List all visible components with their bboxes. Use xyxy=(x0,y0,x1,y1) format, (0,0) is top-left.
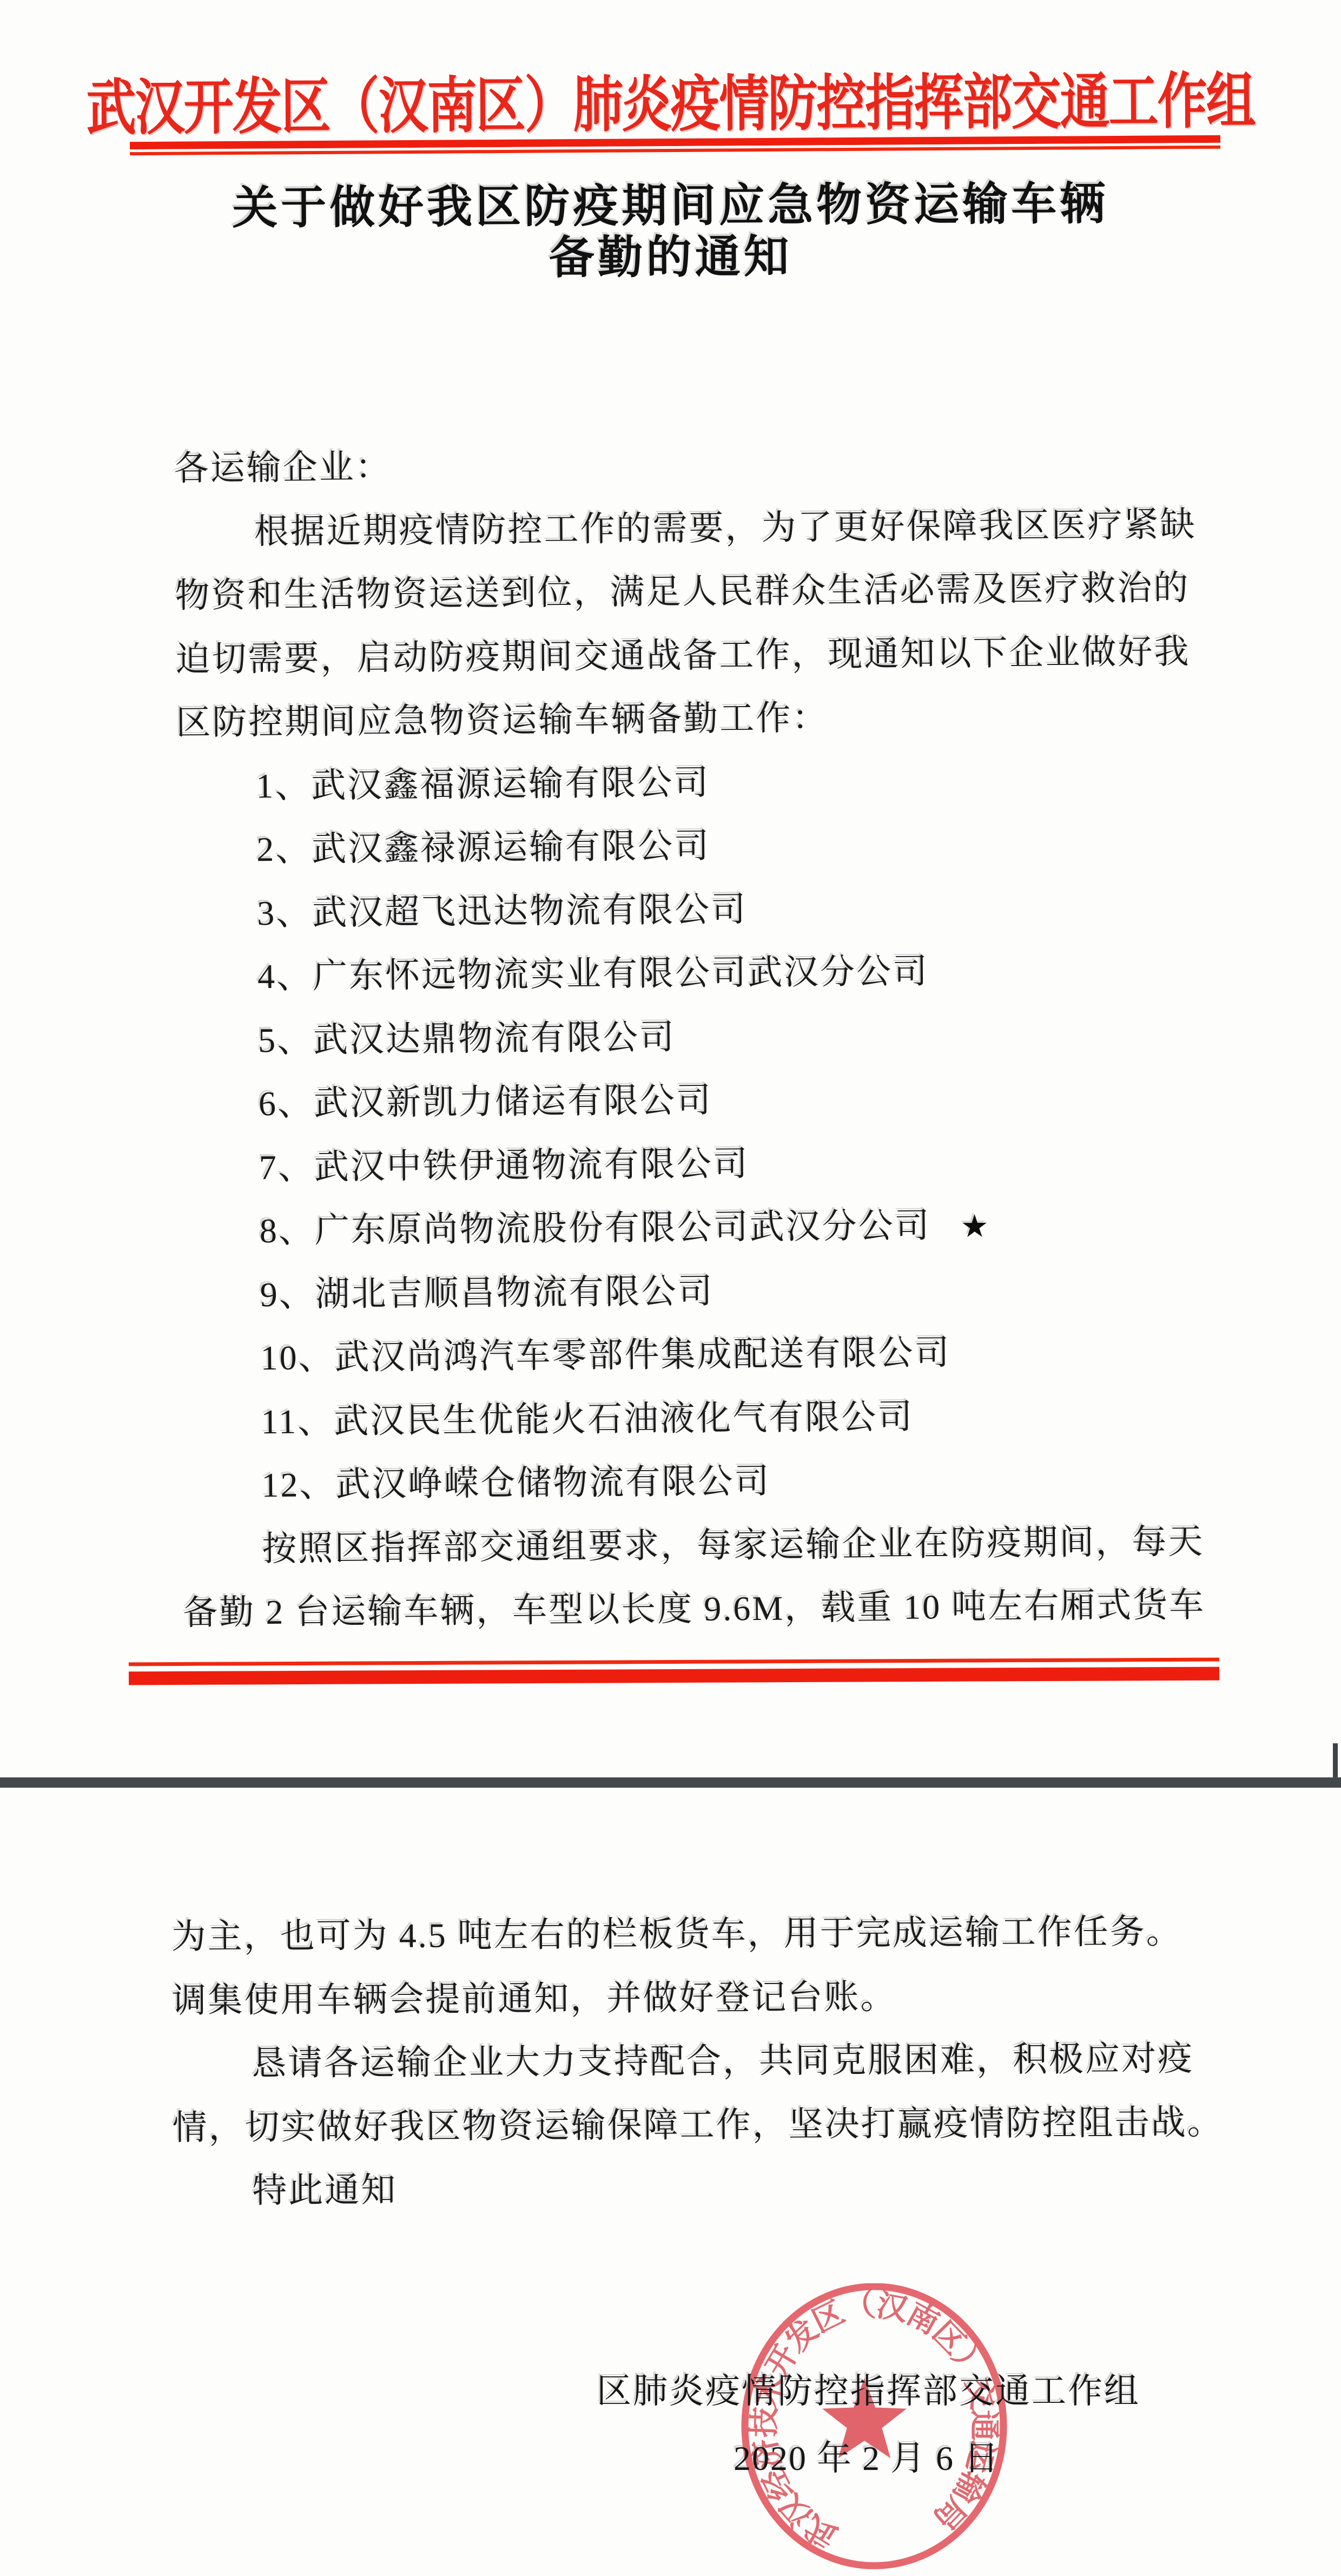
paragraph-line: 为主，也可为 4.5 吨左右的栏板货车，用于完成运输工作任务。 xyxy=(171,1900,1223,1969)
company-item-starred: 8、广东原尚物流股份有限公司武汉分公司★ xyxy=(180,1192,1203,1263)
paragraph-line: 根据近期疫情防控工作的需要，为了更好保障我区医疗紧缺 xyxy=(174,492,1197,564)
paragraph-line: 物资和生活物资运送到位，满足人民群众生活必需及医疗救治的 xyxy=(175,556,1198,628)
company-number: 6、 xyxy=(259,1084,314,1123)
company-name: 武汉超飞迅达物流有限公司 xyxy=(312,890,748,932)
company-item: 11、武汉民生优能火石油液化气有限公司 xyxy=(181,1382,1204,1454)
notice-title-line2: 备勤的通知 xyxy=(0,229,1341,287)
notice-body-page2: 为主，也可为 4.5 吨左右的栏板货车，用于完成运输工作任务。 调集使用车辆会提… xyxy=(171,1900,1224,2223)
notice-body-page1: 各运输企业： 根据近期疫情防控工作的需要，为了更好保障我区医疗紧缺 物资和生活物… xyxy=(174,429,1205,1645)
company-number: 4、 xyxy=(257,957,313,996)
company-name: 武汉鑫福源运输有限公司 xyxy=(311,763,710,805)
scan-edge-artifact xyxy=(1333,1743,1338,1779)
company-number: 11、 xyxy=(261,1402,334,1441)
star-icon: ★ xyxy=(960,1208,989,1244)
company-item: 10、武汉尚鸿汽车零部件集成配送有限公司 xyxy=(181,1319,1204,1391)
company-name: 湖北吉顺昌物流有限公司 xyxy=(315,1271,714,1313)
official-red-seal: 武汉经济技术开发区（汉南区）交通运输局 xyxy=(740,2283,1010,2576)
company-item: 5、武汉达鼎物流有限公司 xyxy=(179,1001,1201,1072)
paragraph-line: 调集使用车辆会提前通知，并做好登记台账。 xyxy=(171,1963,1223,2032)
company-number: 8、 xyxy=(260,1211,315,1250)
company-number: 10、 xyxy=(260,1338,335,1377)
company-item: 1、武汉鑫福源运输有限公司 xyxy=(176,747,1199,818)
salutation: 各运输企业： xyxy=(174,429,1197,500)
company-name: 武汉峥嵘仓储物流有限公司 xyxy=(335,1462,771,1504)
paragraph-line: 备勤 2 台运输车辆，车型以长度 9.6M，载重 10 吨左右厢式货车 xyxy=(183,1573,1206,1645)
page-scan-divider xyxy=(0,1777,1341,1788)
paragraph-line: 恳请各运输企业大力支持配合，共同克服困难，积极应对疫 xyxy=(172,2027,1224,2096)
closing-phrase: 特此通知 xyxy=(173,2154,1224,2223)
company-number: 2、 xyxy=(256,829,312,868)
company-name: 武汉尚鸿汽车零部件集成配送有限公司 xyxy=(334,1333,951,1376)
signature-org: 区肺炎疫情防控指挥部交通工作组 xyxy=(597,2363,1140,2413)
paragraph-line: 迫切需要，启动防疫期间交通战备工作，现通知以下企业做好我 xyxy=(175,620,1198,691)
company-item: 3、武汉超飞迅达物流有限公司 xyxy=(177,874,1200,945)
company-name: 广东原尚物流股份有限公司武汉分公司 xyxy=(315,1207,932,1250)
letterhead-org-title: 武汉开发区（汉南区）肺炎疫情防控指挥部交通工作组 xyxy=(0,52,1341,147)
company-name: 武汉鑫禄源运输有限公司 xyxy=(312,827,711,868)
company-name: 武汉新凯力储运有限公司 xyxy=(314,1081,713,1123)
notice-title: 关于做好我区防疫期间应急物资运输车辆 备勤的通知 xyxy=(0,177,1341,287)
company-name: 武汉中铁伊通物流有限公司 xyxy=(314,1144,750,1186)
paragraph-line: 按照区指挥部交通组要求，每家运输企业在防疫期间，每天 xyxy=(182,1510,1205,1581)
company-item: 6、武汉新凯力储运有限公司 xyxy=(179,1065,1201,1136)
company-item: 7、武汉中铁伊通物流有限公司 xyxy=(179,1128,1202,1200)
scanned-notice-document: 武汉开发区（汉南区）肺炎疫情防控指挥部交通工作组 关于做好我区防疫期间应急物资运… xyxy=(0,0,1341,2576)
company-number: 12、 xyxy=(261,1465,336,1504)
company-name: 武汉达鼎物流有限公司 xyxy=(313,1018,676,1059)
company-name: 广东怀远物流实业有限公司武汉分公司 xyxy=(313,952,929,996)
company-item: 4、广东怀远物流实业有限公司武汉分公司 xyxy=(178,938,1201,1009)
company-number: 1、 xyxy=(256,766,312,805)
company-name: 武汉民生优能火石油液化气有限公司 xyxy=(334,1397,914,1440)
page1-footer-red-rule xyxy=(129,1658,1219,1685)
company-number: 5、 xyxy=(258,1020,314,1059)
company-number: 7、 xyxy=(259,1148,315,1187)
company-item: 9、湖北吉顺昌物流有限公司 xyxy=(180,1255,1203,1327)
signature-date: 2020 年 2 月 6 日 xyxy=(734,2430,1000,2480)
notice-title-line1: 关于做好我区防疫期间应急物资运输车辆 xyxy=(0,177,1341,236)
company-number: 3、 xyxy=(257,893,313,932)
company-item: 12、武汉峥嵘仓储物流有限公司 xyxy=(182,1446,1205,1518)
company-item: 2、武汉鑫禄源运输有限公司 xyxy=(177,811,1200,882)
paragraph-line: 区防控期间应急物资运输车辆备勤工作： xyxy=(176,683,1199,755)
company-number: 9、 xyxy=(260,1275,315,1314)
paragraph-line: 情，切实做好我区物资运输保障工作，坚决打赢疫情防控阻击战。 xyxy=(172,2090,1224,2159)
